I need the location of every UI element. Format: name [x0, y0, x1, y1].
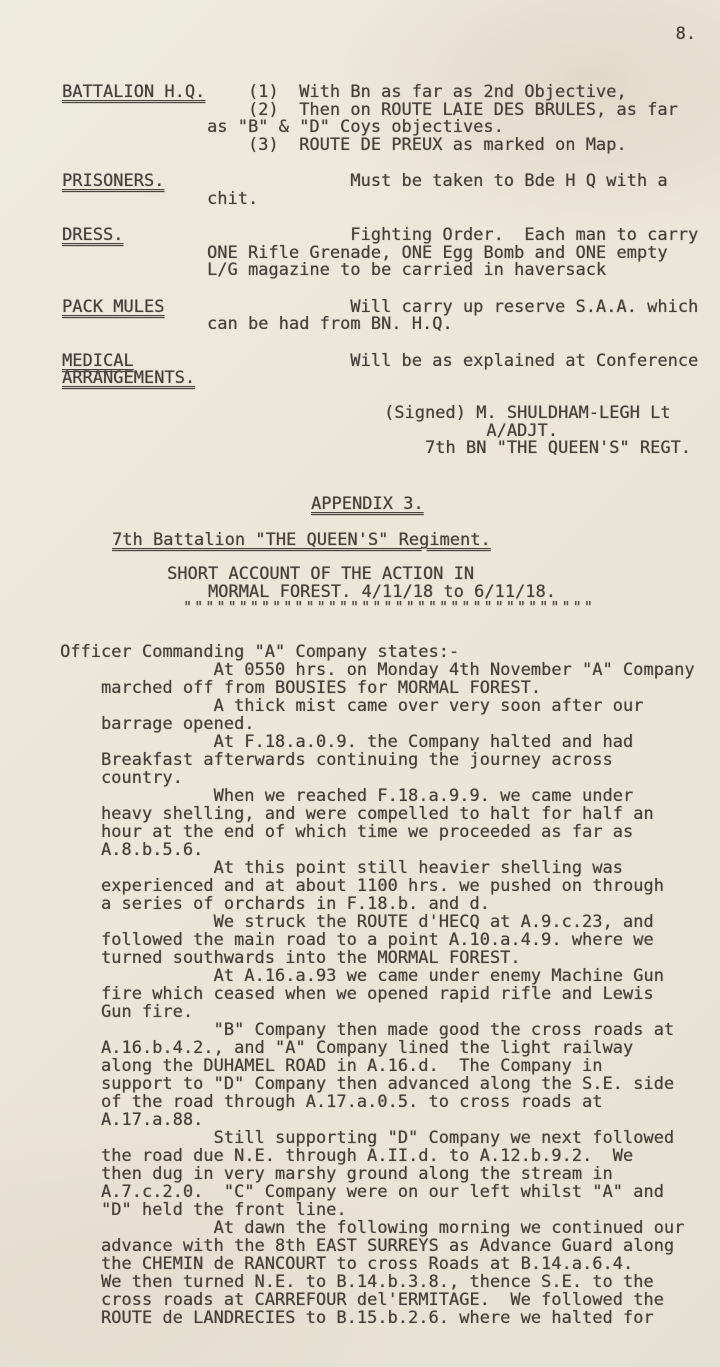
appendix-subtitle: SHORT ACCOUNT OF THE ACTION IN MORMAL FO… — [167, 566, 556, 601]
order-heading-dress: DRESS. — [62, 227, 207, 245]
order-body-battalion-hq: (1) With Bn as far as 2nd Objective, (2)… — [207, 84, 707, 154]
order-pack-mules: PACK MULES Will carry up reserve S.A.A. … — [62, 299, 707, 334]
signature-block: (Signed) M. SHULDHAM-LEGH Lt A/ADJT. 7th… — [384, 405, 691, 458]
order-heading-medical-arrangements: MEDICAL ARRANGEMENTS. — [62, 353, 207, 388]
order-heading-battalion-hq: BATTALION H.Q. — [62, 84, 207, 102]
typed-separator-row: """"""""""""""""""""""""""""""""""""" — [183, 599, 595, 617]
orders-section: BATTALION H.Q. (1) With Bn as far as 2nd… — [62, 84, 707, 407]
order-battalion-hq: BATTALION H.Q. (1) With Bn as far as 2nd… — [62, 84, 707, 154]
appendix-title: APPENDIX 3. — [311, 496, 424, 514]
order-body-prisoners: Must be taken to Bde H Q with a chit. — [207, 173, 707, 208]
account-body-text: Officer Commanding "A" Company states:- … — [60, 643, 695, 1327]
document-page: 8. BATTALION H.Q. (1) With Bn as far as … — [0, 0, 720, 1367]
order-medical-arrangements: MEDICAL ARRANGEMENTS. Will be as explain… — [62, 353, 707, 388]
appendix-regiment-heading: 7th Battalion "THE QUEEN'S" Regiment. — [112, 532, 491, 550]
order-prisoners: PRISONERS. Must be taken to Bde H Q with… — [62, 173, 707, 208]
order-dress: DRESS. Fighting Order. Each man to carry… — [62, 227, 707, 280]
order-body-medical-arrangements: Will be as explained at Conference — [207, 353, 707, 371]
order-body-dress: Fighting Order. Each man to carry ONE Ri… — [207, 227, 707, 280]
order-heading-prisoners: PRISONERS. — [62, 173, 207, 191]
order-body-pack-mules: Will carry up reserve S.A.A. which can b… — [207, 299, 707, 334]
page-number: 8. — [676, 26, 696, 44]
order-heading-pack-mules: PACK MULES — [62, 299, 207, 317]
